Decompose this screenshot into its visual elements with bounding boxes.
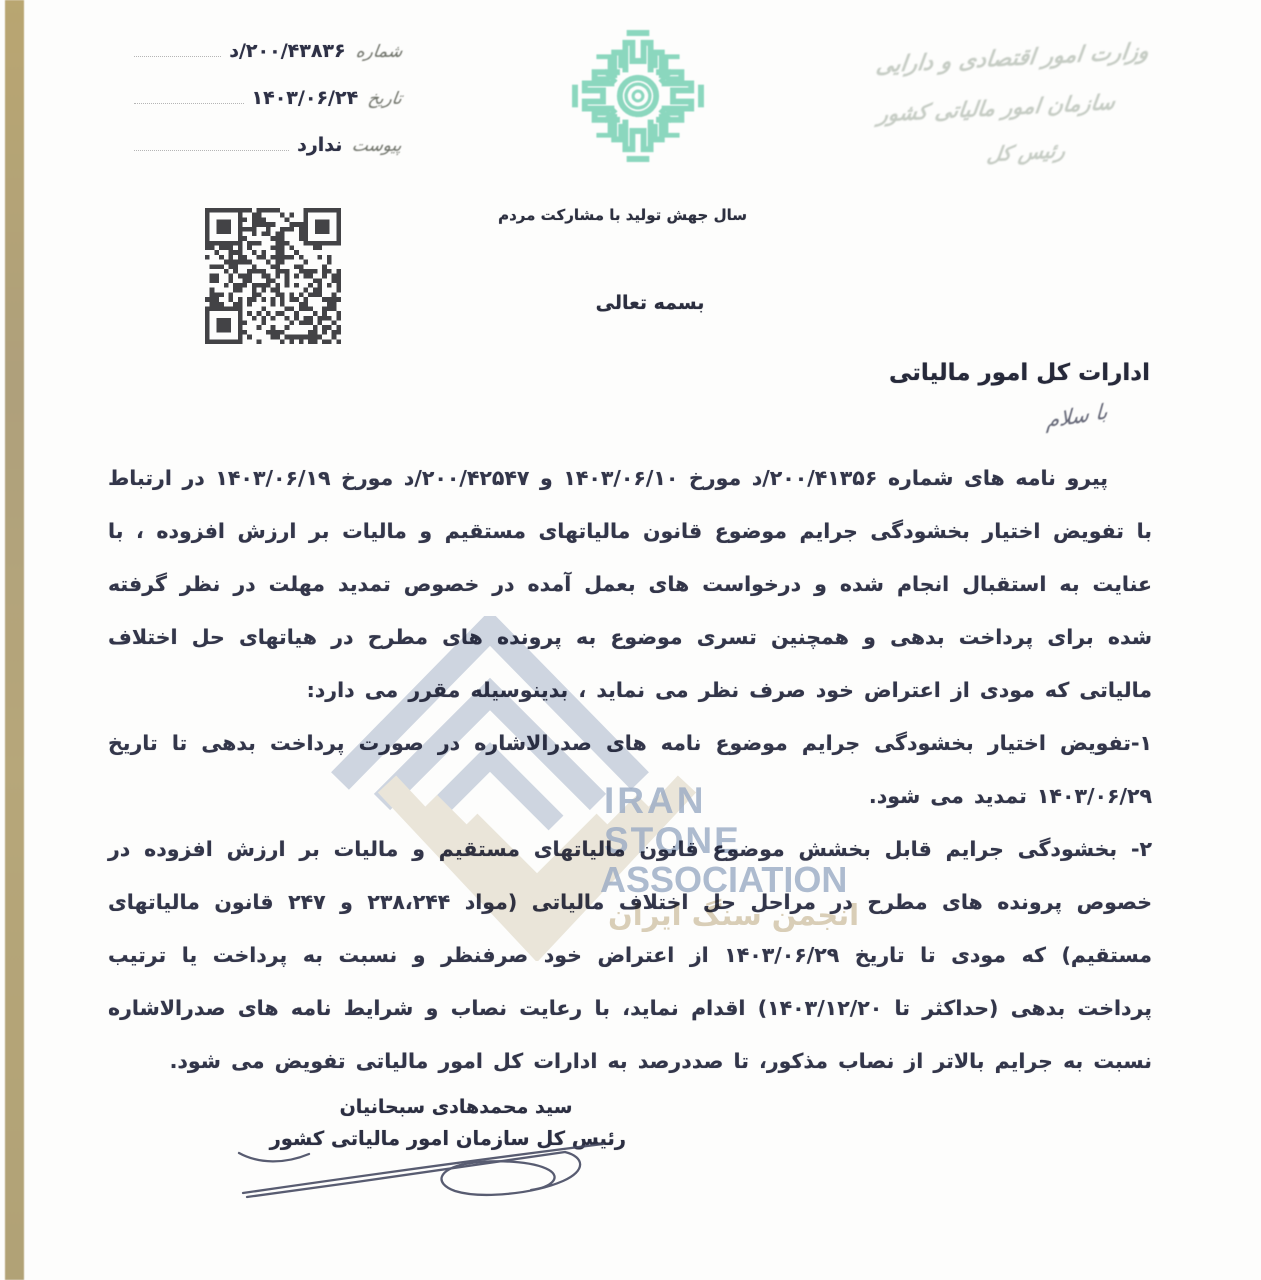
date-label: تاریخ (357, 89, 404, 109)
body-item-2: ۲- بخشودگی جرایم قابل بخشش موضوع قانون م… (108, 823, 1152, 1088)
year-slogan: سال جهش تولید با مشارکت مردم (533, 206, 747, 224)
recipient-heading: ادارات کل امور مالیاتی (889, 360, 1150, 386)
scanned-letter-page: وزارت امور اقتصادی و دارایی سازمان امور … (0, 0, 1261, 1280)
letterhead-office: رئیس کل (985, 138, 1066, 166)
date-value: ۱۴۰۳/۰۶/۲۴ (252, 87, 359, 109)
body-paragraph-1: پیرو نامه های شماره ۲۰۰/۴۱۳۵۶/د مورخ ۱۴۰… (108, 452, 1152, 717)
letter-attachment-row: پیوست ندارد (126, 134, 402, 181)
attachment-value: ندارد (297, 134, 342, 156)
dotted-line (134, 103, 244, 104)
attachment-label: پیوست (341, 136, 403, 156)
tax-administration-emblem-icon (563, 26, 713, 166)
letterhead-organization: سازمان امور مالیاتی کشور (877, 90, 1117, 127)
dotted-line (134, 56, 221, 57)
scan-edge-strip (5, 0, 24, 1280)
salutation: با سلام (1046, 399, 1109, 433)
letter-body: پیرو نامه های شماره ۲۰۰/۴۱۳۵۶/د مورخ ۱۴۰… (108, 452, 1152, 1088)
dotted-line (134, 150, 289, 151)
signature-scrawl-icon (233, 1133, 615, 1245)
body-item-1: ۱-تفویض اختیار بخشودگی جرایم موضوع نامه … (108, 717, 1152, 823)
letter-meta-block: شماره ۲۰۰/۴۳۸۳۶/د تاریخ ۱۴۰۳/۰۶/۲۴ پیوست… (126, 40, 402, 181)
qr-code (197, 208, 349, 344)
signatory-name: سید محمدهادی سبحانیان (330, 1096, 582, 1118)
besmeh-taala: بسمه تعالی (585, 292, 715, 314)
letter-number-row: شماره ۲۰۰/۴۳۸۳۶/د (126, 40, 402, 87)
letterhead-ministry: وزارت امور اقتصادی و دارایی (875, 39, 1151, 78)
number-label: شماره (344, 42, 403, 62)
number-value: ۲۰۰/۴۳۸۳۶/د (229, 40, 345, 62)
letter-date-row: تاریخ ۱۴۰۳/۰۶/۲۴ (126, 87, 402, 134)
